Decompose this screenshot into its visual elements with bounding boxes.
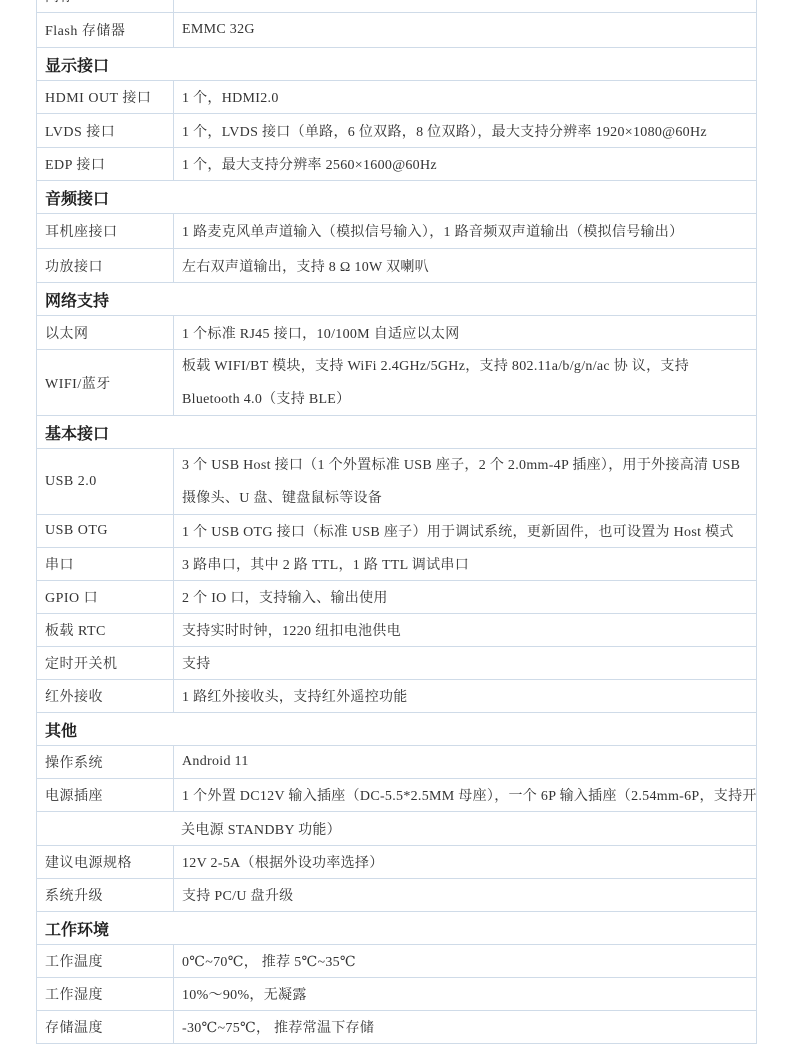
- section-header-network: 网络支持: [37, 283, 756, 316]
- spec-value: 3 路串口，其中 2 路 TTL，1 路 TTL 调试串口: [174, 548, 756, 580]
- section-header-environment: 工作环境: [37, 912, 756, 945]
- table-row-rtc: 板载 RTC 支持实时时钟，1220 纽扣电池供电: [37, 614, 756, 647]
- spec-value: 1 路麦克风单声道输入（模拟信号输入），1 路音频双声道输出（模拟信号输出）: [174, 214, 756, 248]
- spec-label: 工作湿度: [37, 978, 174, 1010]
- spec-sheet-page: 内存 DDR3 2GB Flash 存储器 EMMC 32G 显示接口 HDMI…: [0, 0, 790, 1051]
- spec-value: 0℃~70℃， 推荐 5℃~35℃: [174, 945, 756, 977]
- table-row-wifi-bt: WIFI/蓝牙 板载 WIFI/BT 模块，支持 WiFi 2.4GHz/5GH…: [37, 350, 756, 416]
- spec-value: 支持: [174, 647, 756, 679]
- section-title: 显示接口: [45, 53, 109, 76]
- table-row-usb-otg: USB OTG 1 个 USB OTG 接口（标准 USB 座子）用于调试系统，…: [37, 515, 756, 548]
- section-header-audio: 音频接口: [37, 181, 756, 214]
- spec-value: EMMC 32G: [174, 13, 756, 47]
- spec-label: 板载 RTC: [37, 614, 174, 646]
- section-title: 网络支持: [45, 288, 109, 311]
- spec-value: 板载 WIFI/BT 模块，支持 WiFi 2.4GHz/5GHz，支持 802…: [174, 350, 756, 415]
- spec-value: 左右双声道输出，支持 8 Ω 10W 双喇叭: [174, 249, 756, 282]
- spec-value: 10%～90%，无凝露: [174, 978, 756, 1010]
- section-header-display: 显示接口: [37, 48, 756, 81]
- table-row-serial: 串口 3 路串口，其中 2 路 TTL，1 路 TTL 调试串口: [37, 548, 756, 581]
- table-row-amplifier: 功放接口 左右双声道输出，支持 8 Ω 10W 双喇叭: [37, 249, 756, 283]
- table-row-gpio: GPIO 口 2 个 IO 口，支持输入、输出使用: [37, 581, 756, 614]
- table-row-system-upgrade: 系统升级 支持 PC/U 盘升级: [37, 879, 756, 912]
- spec-value: 1 路红外接收头，支持红外遥控功能: [174, 680, 756, 712]
- spec-label: Flash 存储器: [37, 13, 174, 47]
- spec-value: 3 个 USB Host 接口（1 个外置标准 USB 座子，2 个 2.0mm…: [174, 449, 756, 514]
- spec-label: 串口: [37, 548, 174, 580]
- spec-label: EDP 接口: [37, 148, 174, 180]
- table-row-ethernet: 以太网 1 个标准 RJ45 接口，10/100M 自适应以太网: [37, 316, 756, 350]
- table-row-power-socket: 电源插座 1 个外置 DC12V 输入插座（DC-5.5*2.5MM 母座），一…: [37, 779, 756, 812]
- table-row-work-humidity: 工作湿度 10%～90%，无凝露: [37, 978, 756, 1011]
- spec-label: GPIO 口: [37, 581, 174, 613]
- section-title: 基本接口: [45, 421, 109, 444]
- spec-table: 内存 DDR3 2GB Flash 存储器 EMMC 32G 显示接口 HDMI…: [36, 0, 757, 1044]
- spec-label: LVDS 接口: [37, 114, 174, 147]
- spec-label: USB OTG: [37, 515, 174, 547]
- table-row-ir: 红外接收 1 路红外接收头，支持红外遥控功能: [37, 680, 756, 713]
- spec-value: -30℃~75℃， 推荐常温下存储: [174, 1011, 756, 1043]
- spec-value: 12V 2-5A（根据外设功率选择）: [174, 846, 756, 878]
- spec-label: WIFI/蓝牙: [37, 350, 174, 415]
- table-row-headphone: 耳机座接口 1 路麦克风单声道输入（模拟信号输入），1 路音频双声道输出（模拟信…: [37, 214, 756, 249]
- spec-label: 耳机座接口: [37, 214, 174, 248]
- spec-value: DDR3 2GB: [174, 0, 756, 12]
- section-title: 音频接口: [45, 186, 109, 209]
- spec-label: USB 2.0: [37, 449, 174, 514]
- table-row-lvds: LVDS 接口 1 个，LVDS 接口（单路，6 位双路，8 位双路），最大支持…: [37, 114, 756, 148]
- table-row-edp: EDP 接口 1 个，最大支持分辨率 2560×1600@60Hz: [37, 148, 756, 181]
- section-title: 工作环境: [45, 917, 109, 940]
- spec-value: 1 个，HDMI2.0: [174, 81, 756, 113]
- table-row-hdmi: HDMI OUT 接口 1 个，HDMI2.0: [37, 81, 756, 114]
- spec-value: 1 个，LVDS 接口（单路，6 位双路，8 位双路），最大支持分辨率 1920…: [174, 114, 756, 147]
- table-row-os: 操作系统 Android 11: [37, 746, 756, 779]
- spec-label: 红外接收: [37, 680, 174, 712]
- table-row-flash: Flash 存储器 EMMC 32G: [37, 13, 756, 48]
- table-row-storage-temp: 存储温度 -30℃~75℃， 推荐常温下存储: [37, 1011, 756, 1044]
- spec-label: 操作系统: [37, 746, 174, 778]
- spec-label: 工作温度: [37, 945, 174, 977]
- table-row-power-spec: 建议电源规格 12V 2-5A（根据外设功率选择）: [37, 846, 756, 879]
- section-title: 其他: [45, 718, 77, 741]
- spec-value: 1 个，最大支持分辨率 2560×1600@60Hz: [174, 148, 756, 180]
- table-row-work-temp: 工作温度 0℃~70℃， 推荐 5℃~35℃: [37, 945, 756, 978]
- spec-label: 建议电源规格: [37, 846, 174, 878]
- spec-value: 1 个 USB OTG 接口（标准 USB 座子）用于调试系统，更新固件，也可设…: [174, 515, 756, 547]
- spec-value: 1 个标准 RJ45 接口，10/100M 自适应以太网: [174, 316, 756, 349]
- spec-label: 电源插座: [37, 779, 174, 811]
- spec-value-continued: 关电源 STANDBY 功能）: [181, 819, 341, 839]
- table-row-power-socket-continuation: 关电源 STANDBY 功能）: [37, 812, 756, 846]
- spec-label: 定时开关机: [37, 647, 174, 679]
- table-row-timer-power: 定时开关机 支持: [37, 647, 756, 680]
- table-row-memory: 内存 DDR3 2GB: [37, 0, 756, 13]
- spec-label: 功放接口: [37, 249, 174, 282]
- spec-value: 支持 PC/U 盘升级: [174, 879, 756, 911]
- spec-value: 1 个外置 DC12V 输入插座（DC-5.5*2.5MM 母座），一个 6P …: [174, 779, 756, 811]
- section-header-basic-io: 基本接口: [37, 416, 756, 449]
- spec-label: 以太网: [37, 316, 174, 349]
- spec-label: 系统升级: [37, 879, 174, 911]
- spec-value: 支持实时时钟，1220 纽扣电池供电: [174, 614, 756, 646]
- spec-value: 2 个 IO 口，支持输入、输出使用: [174, 581, 756, 613]
- spec-label: HDMI OUT 接口: [37, 81, 174, 113]
- table-row-usb2: USB 2.0 3 个 USB Host 接口（1 个外置标准 USB 座子，2…: [37, 449, 756, 515]
- spec-label: 内存: [37, 0, 174, 12]
- spec-value: Android 11: [174, 746, 756, 778]
- section-header-other: 其他: [37, 713, 756, 746]
- spec-label: 存储温度: [37, 1011, 174, 1043]
